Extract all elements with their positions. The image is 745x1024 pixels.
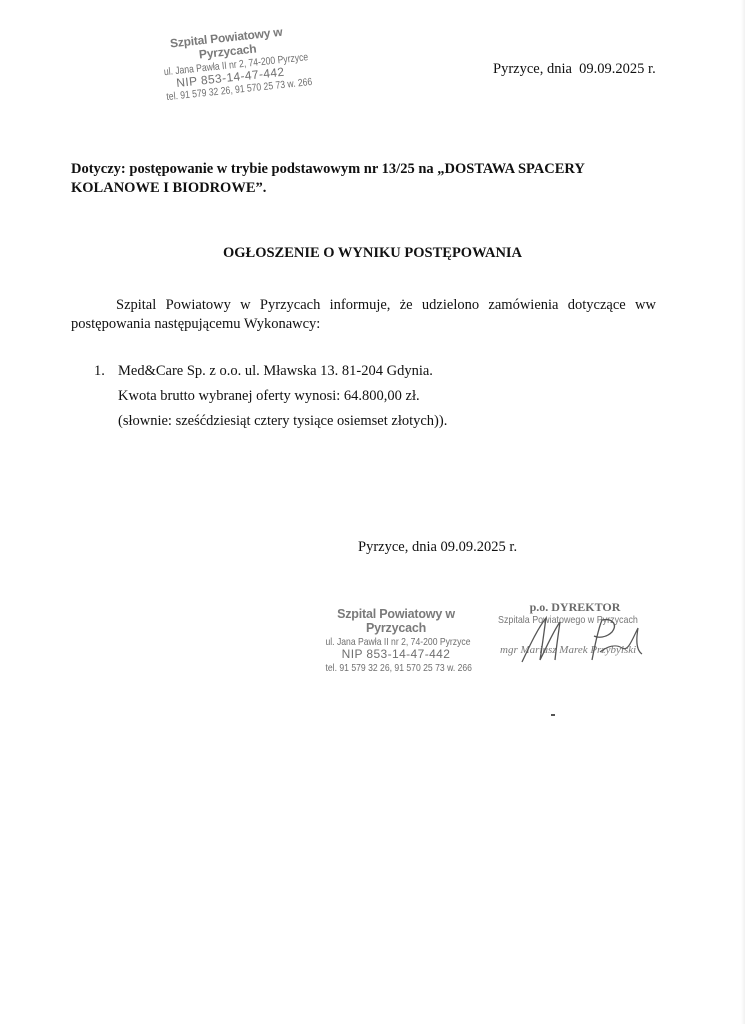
contractor-name: Med&Care Sp. z o.o. ul. Mławska 13. 81-2… (118, 363, 433, 379)
subject-line: Dotyczy: postępowanie w trybie podstawow… (71, 160, 631, 198)
stamp-address: ul. Jana Pawła II nr 2, 74-200 Pyrzyce (325, 636, 466, 648)
hospital-stamp-top: Szpital Powiatowy w Pyrzycach ul. Jana P… (146, 23, 312, 105)
intro-text: Szpital Powiatowy w Pyrzycach informuje,… (71, 297, 656, 332)
intro-paragraph: Szpital Powiatowy w Pyrzycach informuje,… (71, 296, 656, 334)
offer-amount: Kwota brutto wybranej oferty wynosi: 64.… (94, 387, 447, 412)
announcement-heading: OGŁOSZENIE O WYNIKU POSTĘPOWANIA (0, 245, 745, 262)
date-header: Pyrzyce, dnia 09.09.2025 r. (493, 61, 656, 78)
winner-list: 1.Med&Care Sp. z o.o. ul. Mławska 13. 81… (94, 362, 447, 437)
amount-in-words: (słownie: sześćdziesiąt cztery tysiące o… (94, 412, 447, 437)
director-signature-block: p.o. DYREKTOR Szpitala Powiatowego w Pyr… (490, 600, 665, 690)
handwritten-signature-icon (500, 610, 650, 665)
document-page: Szpital Powiatowy w Pyrzycach ul. Jana P… (0, 0, 745, 1024)
winner-contractor-row: 1.Med&Care Sp. z o.o. ul. Mławska 13. 81… (94, 362, 447, 387)
stamp-hospital-name: Szpital Powiatowy w Pyrzycach (310, 607, 482, 636)
scan-speck (551, 714, 555, 716)
scan-edge-shadow (741, 0, 745, 1024)
list-number: 1. (94, 362, 118, 380)
date-footer: Pyrzyce, dnia 09.09.2025 r. (358, 539, 517, 556)
stamp-phone: tel. 91 579 32 26, 91 570 25 73 w. 266 (325, 662, 466, 674)
stamp-nip: NIP 853-14-47-442 (310, 648, 482, 662)
hospital-stamp-bottom: Szpital Powiatowy w Pyrzycach ul. Jana P… (310, 607, 482, 674)
